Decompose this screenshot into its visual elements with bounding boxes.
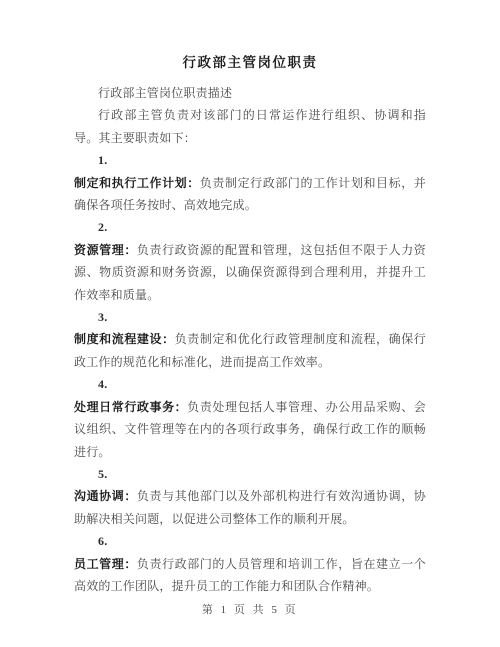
item-heading: 员工管理： [74, 557, 137, 571]
item-heading: 沟通协调： [74, 489, 137, 503]
item-heading: 制度和流程建设： [74, 332, 175, 346]
item-number: 6. [74, 530, 426, 552]
intro-paragraph: 行政部主管负责对该部门的日常运作进行组织、协调和指导。其主要职责如下： [74, 104, 426, 149]
item-heading: 处理日常行政事务： [74, 400, 187, 414]
intro-paragraph: 行政部主管岗位职责描述 [74, 82, 426, 104]
item-paragraph: 制度和流程建设：负责制定和优化行政管理制度和流程，确保行政工作的规范化和标准化，… [74, 328, 426, 373]
item-number: 3. [74, 306, 426, 328]
item-number: 1. [74, 149, 426, 171]
item-paragraph: 制定和执行工作计划：负责制定行政部门的工作计划和目标，并确保各项任务按时、高效地… [74, 172, 426, 217]
item-paragraph: 沟通协调：负责与其他部门以及外部机构进行有效沟通协调，协助解决相关问题，以促进公… [74, 485, 426, 530]
page-number-footer: 第 1 页 共 5 页 [0, 601, 500, 617]
item-paragraph: 资源管理：负责行政资源的配置和管理，这包括但不限于人力资源、物质资源和财务资源，… [74, 239, 426, 306]
item-heading: 资源管理： [74, 243, 137, 257]
page-title: 行政部主管岗位职责 [74, 52, 426, 73]
item-heading: 制定和执行工作计划： [74, 176, 200, 190]
document-page: 行政部主管岗位职责 行政部主管岗位职责描述 行政部主管负责对该部门的日常运作进行… [0, 0, 500, 647]
item-number: 5. [74, 463, 426, 485]
item-paragraph: 处理日常行政事务：负责处理包括人事管理、办公用品采购、会议组织、文件管理等在内的… [74, 396, 426, 463]
item-number: 2. [74, 216, 426, 238]
document-content: 行政部主管岗位职责 行政部主管岗位职责描述 行政部主管负责对该部门的日常运作进行… [74, 52, 426, 597]
item-number: 4. [74, 373, 426, 395]
item-paragraph: 员工管理：负责行政部门的人员管理和培训工作，旨在建立一个高效的工作团队，提升员工… [74, 553, 426, 598]
